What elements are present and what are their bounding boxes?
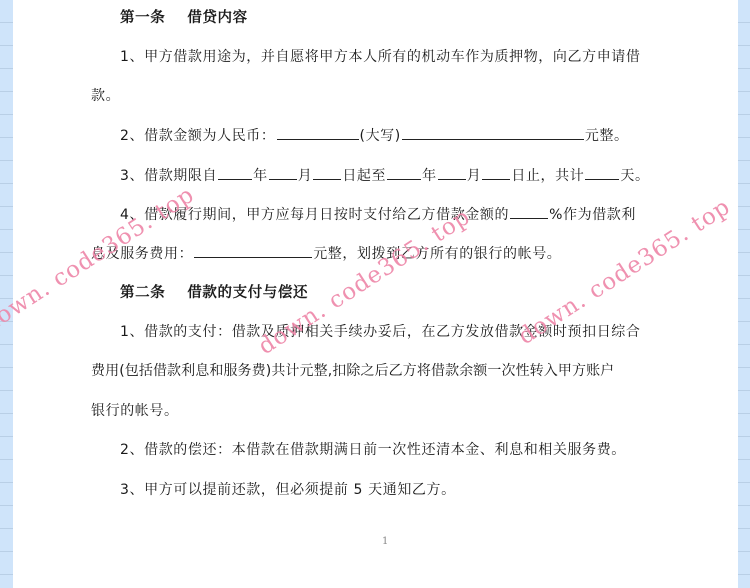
right-margin-strip xyxy=(738,0,750,588)
start-year-blank[interactable] xyxy=(218,165,252,180)
amount-uppercase-blank-field[interactable] xyxy=(402,125,584,140)
section2-item3: 3、甲方可以提前还款，但必须提前 5 天通知乙方。 xyxy=(120,480,456,500)
section2-heading: 第二条借款的支付与偿还 xyxy=(120,283,308,303)
month-label: 月 xyxy=(467,168,482,184)
section2-number: 第二条 xyxy=(120,285,165,301)
start-month-blank[interactable] xyxy=(269,165,297,180)
year-label: 年 xyxy=(422,168,437,184)
left-margin-strip xyxy=(0,0,13,588)
end-month-blank[interactable] xyxy=(438,165,466,180)
service-fee-label: 息及服务费用： xyxy=(91,246,193,262)
month-label: 月 xyxy=(298,168,313,184)
document-page: 第一条借贷内容 1、甲方借款用途为，并自愿将甲方本人所有的机动车作为质押物，向乙… xyxy=(13,0,738,588)
day-label: 日起至 xyxy=(342,168,386,184)
section2-item2: 2、借款的偿还：本借款在借款期满日前一次性还清本金、利息和相关服务费。 xyxy=(120,440,626,460)
section1-item4-line2: 息及服务费用：元整，划拨到乙方所有的银行的帐号。 xyxy=(91,243,561,264)
item3-prefix: 3、借款期限自 xyxy=(120,168,217,184)
section2-item1-line1: 1、借款的支付：借款及质押相关手续办妥后，在乙方发放借款金额时预扣日综合 xyxy=(120,322,641,342)
amount-blank-field[interactable] xyxy=(277,125,359,140)
section2-item1-line2: 费用(包括借款利息和服务费)共计元整,扣除之后乙方将借款余额一次性转入甲方账户 xyxy=(91,361,614,381)
page-number: 1 xyxy=(382,536,388,547)
section1-item1-line2: 款。 xyxy=(91,86,120,106)
total-days-blank[interactable] xyxy=(585,165,619,180)
end-year-blank[interactable] xyxy=(387,165,421,180)
service-fee-suffix: 元整，划拨到乙方所有的银行的帐号。 xyxy=(313,246,561,262)
day-label: 日止，共计 xyxy=(511,168,584,184)
section2-title: 借款的支付与偿还 xyxy=(187,285,308,301)
section1-title: 借贷内容 xyxy=(187,10,247,26)
end-day-blank[interactable] xyxy=(482,165,510,180)
section1-item2: 2、借款金额为人民币：(大写)元整。 xyxy=(120,125,629,146)
section1-heading: 第一条借贷内容 xyxy=(120,8,248,28)
service-fee-blank[interactable] xyxy=(194,243,312,258)
section1-number: 第一条 xyxy=(120,10,165,26)
start-day-blank[interactable] xyxy=(313,165,341,180)
item4-suffix: %作为借款利 xyxy=(549,207,636,223)
section2-item1-line3: 银行的帐号。 xyxy=(91,401,179,421)
item2-suffix: 元整。 xyxy=(585,128,629,144)
item2-prefix: 2、借款金额为人民币： xyxy=(120,128,276,144)
interest-rate-blank[interactable] xyxy=(510,204,548,219)
item3-suffix: 天。 xyxy=(620,168,649,184)
section1-item4-line1: 4、借款履行期间，甲方应每月日按时支付给乙方借款金额的%作为借款利 xyxy=(120,204,636,225)
section1-item1-line1: 1、甲方借款用途为，并自愿将甲方本人所有的机动车作为质押物，向乙方申请借 xyxy=(120,47,641,67)
year-label: 年 xyxy=(253,168,268,184)
section1-item3: 3、借款期限自年月日起至年月日止，共计天。 xyxy=(120,165,650,186)
item2-uppercase-label: (大写) xyxy=(360,128,401,144)
item4-prefix: 4、借款履行期间，甲方应每月日按时支付给乙方借款金额的 xyxy=(120,207,509,223)
